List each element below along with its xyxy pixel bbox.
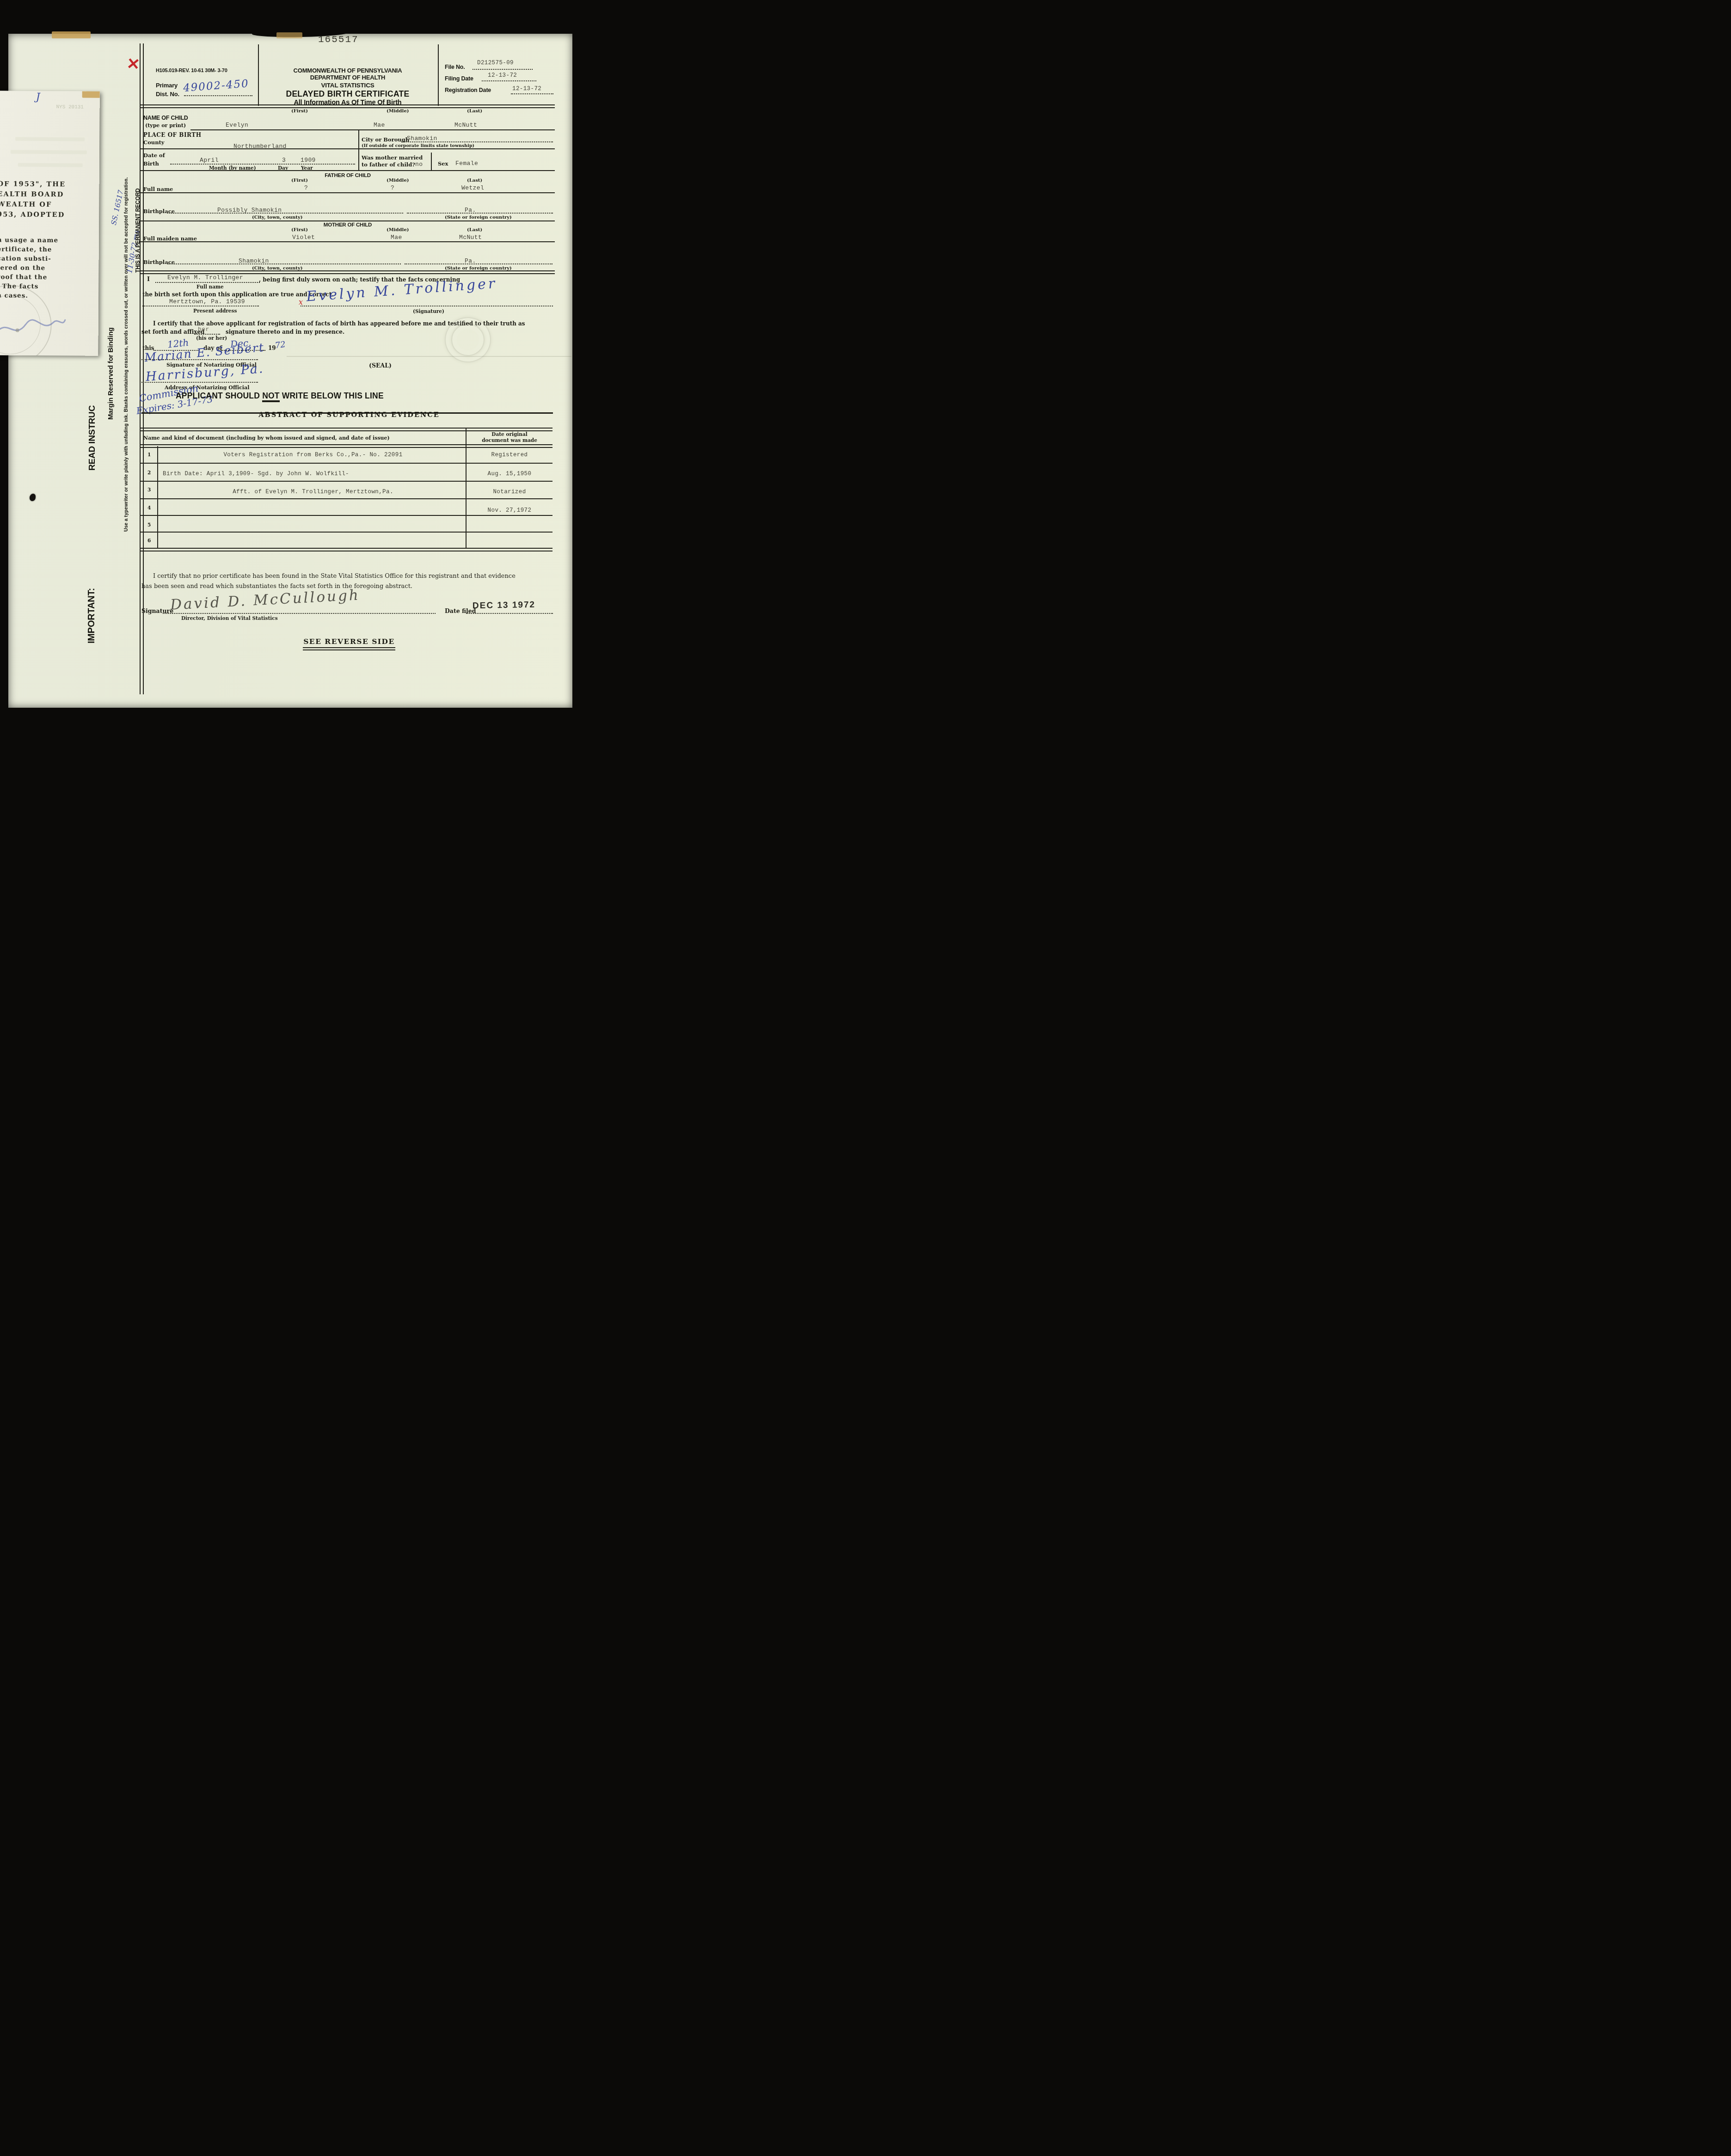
deponent-typed: Evelyn M. Trollinger: [167, 275, 243, 281]
child-middle-name: Mae: [374, 122, 385, 129]
embossed-seal-inner: [451, 324, 485, 356]
row-rule: [140, 463, 552, 464]
overlay-body-line: ertificate, the: [0, 246, 52, 253]
mother-married-answer: no: [415, 161, 423, 168]
file-no-dots: [473, 69, 533, 70]
row-num: 2: [147, 471, 151, 476]
filing-date-label: Filing Date: [445, 76, 473, 82]
mother-birthplace-dots: [167, 263, 401, 264]
signature-dots: [301, 306, 553, 306]
row-date: Registered: [468, 452, 551, 458]
vital-statistics-line: VITAL STATISTICS: [260, 82, 436, 89]
certificate-subtitle: All Information As Of Time Of Birth: [260, 99, 436, 106]
director-label: Director, Division of Vital Statistics: [181, 616, 278, 621]
read-instructions-label: READ INSTRUC: [88, 401, 97, 471]
certificate-title: DELAYED BIRTH CERTIFICATE: [260, 90, 436, 98]
file-no-label: File No.: [445, 64, 465, 70]
date-of-label: Date of: [143, 153, 165, 158]
commonwealth-line: COMMONWEALTH OF PENNSYLVANIA: [260, 67, 436, 74]
see-reverse-underline: [303, 647, 395, 648]
see-reverse-label: SEE REVERSE SIDE: [259, 638, 439, 645]
row-date: Notarized: [468, 489, 551, 495]
overlay-caps-line: 953, ADOPTED: [0, 211, 65, 218]
no-write-line: APPLICANT SHOULD NOT WRITE BELOW THIS LI…: [176, 392, 384, 400]
serial-stamp: 165517: [318, 35, 359, 45]
table-num-divider: [157, 446, 158, 549]
father-name-rule: [140, 192, 555, 193]
row-rule: [140, 498, 552, 499]
middle-col-label: (Middle): [387, 178, 409, 184]
important-label: IMPORTANT:: [87, 579, 97, 643]
overlay-showthrough: [11, 150, 87, 154]
overlay-caps-line: OF 1953", THE: [0, 180, 66, 188]
date-filed-dots: [466, 613, 553, 614]
mother-married-q2: to father of child?: [362, 162, 415, 167]
certification-line2: has been seen and read which substantiat…: [141, 583, 412, 590]
table-header-rule: [140, 444, 552, 448]
tape-piece: [52, 31, 91, 38]
father-section-label: FATHER OF CHILD: [260, 173, 436, 178]
no-write-not: NOT: [262, 391, 280, 402]
father-bp-rule: [140, 220, 555, 221]
permanent-record-label: THIS IS A PERMANENT RECORD: [135, 162, 141, 273]
father-fullname-label: Full name: [143, 186, 173, 192]
birth-month-value: April: [200, 157, 219, 164]
affidavit-line2: the birth set forth upon this applicatio…: [142, 292, 333, 298]
deponent-dots: [155, 282, 260, 283]
margin-reserved-binding-label: Margin Reserved for Binding: [107, 273, 115, 420]
city-borough-value: Shamokin: [407, 135, 437, 142]
mother-maiden-label: Full maiden name: [143, 236, 197, 241]
father-birthplace-dots: [167, 213, 403, 214]
header-divider-1: [258, 44, 259, 106]
mother-middle: Mae: [391, 234, 402, 241]
seal-label: (SEAL): [369, 362, 392, 368]
birth-label: Birth: [143, 161, 159, 166]
father-state-note: (State or foreign country): [445, 215, 512, 220]
his-or-her-note: (his or her): [196, 336, 227, 341]
filing-date-dots: [482, 80, 536, 81]
certification-line1: I certify that no prior certificate has …: [153, 573, 516, 580]
address-typed: Mertztown, Pa. 19539: [169, 299, 245, 305]
row-doc: Afft. of Evelyn M. Trollinger, Mertztown…: [163, 489, 463, 495]
overlay-body-line: roof that the: [0, 274, 47, 281]
overlay-handwritten-mark: J: [36, 92, 40, 103]
director-sig-dots: [163, 613, 436, 614]
row-rule: [140, 515, 552, 516]
overlay-tape: [82, 91, 100, 98]
city-borough-dots: [401, 141, 553, 142]
mother-last: McNutt: [459, 234, 482, 241]
abstract-title: ABSTRACT OF SUPPORTING EVIDENCE: [194, 411, 504, 418]
overlay-paper: J NYS 20131 OF 1953", THE EALTH BOARD WE…: [0, 91, 100, 355]
overlay-body-line: cation substi-: [0, 255, 51, 262]
birth-day-value: 3: [282, 157, 286, 164]
row-num: 3: [147, 488, 151, 493]
header-divider-2: [438, 44, 439, 106]
middle-col-label: (Middle): [387, 109, 409, 114]
scanned-screenshot: 165517 SS. 16517 11-30-72 ms Margin Rese…: [0, 0, 577, 719]
father-last: Wetzel: [461, 185, 484, 191]
row-doc: Birth Date: April 3,1909- Sgd. by John W…: [163, 471, 349, 477]
table-top-rule: [140, 428, 552, 431]
sex-value: Female: [455, 160, 478, 167]
place-row-rule: [140, 148, 555, 149]
child-first-name: Evelyn: [226, 122, 248, 129]
table-date-divider: [466, 428, 467, 549]
mother-bottom-rule: [140, 270, 555, 274]
mother-married-q1: Was mother married: [362, 155, 423, 160]
place-cell-divider: [358, 130, 359, 171]
typewriter-instruction-label: Use a typewriter or write plainly with u…: [124, 98, 129, 532]
notary-addr-dots: [141, 382, 258, 383]
place-of-birth-label: PLACE OF BIRTH: [143, 132, 202, 138]
row-num: 4: [147, 506, 151, 511]
notary-sig-dots: [141, 359, 258, 360]
dist-no-label: Dist. No.: [156, 91, 179, 98]
name-of-child-label: NAME OF CHILD: [143, 115, 188, 121]
see-reverse-underline2: [303, 649, 395, 650]
year-handwritten: 72: [275, 340, 286, 350]
dob-dots: [170, 164, 355, 165]
form-number: H105.019-REV. 10-61 30M- 3-70: [156, 68, 227, 74]
department-line: DEPARTMENT OF HEALTH: [260, 74, 436, 81]
tape-piece: [276, 32, 302, 38]
overlay-showthrough: [18, 163, 83, 167]
table-bottom-rule: [140, 548, 552, 551]
row-doc: Voters Registration from Berks Co.,Pa.- …: [163, 452, 463, 458]
name-row-rule: [190, 129, 555, 130]
file-no-value: D212575-09: [477, 60, 514, 66]
overlay-caps-line: WEALTH OF: [0, 201, 52, 208]
sex-cell-divider: [431, 153, 432, 170]
mother-first: Violet: [292, 234, 315, 241]
overlay-caps-line: EALTH BOARD: [0, 190, 64, 198]
mother-name-rule: [140, 241, 555, 242]
father-state-dots: [407, 213, 553, 214]
present-address-note: Present address: [193, 309, 237, 314]
last-col-label: (Last): [467, 228, 482, 233]
date-filed-stamp: DEC 13 1972: [473, 600, 535, 611]
row-date: Aug. 15,1950: [468, 471, 551, 477]
registration-date-label: Registration Date: [445, 87, 491, 93]
mother-section-label: MOTHER OF CHILD: [260, 222, 436, 228]
last-col-label: (Last): [467, 178, 482, 184]
i-label: I: [147, 276, 150, 283]
overlay-body-line: tered on the: [0, 264, 45, 271]
fold-crease: [287, 356, 571, 357]
mother-state-dots: [405, 263, 552, 264]
her-typed: her: [198, 326, 209, 333]
first-col-label: (First): [291, 228, 308, 233]
dist-no-dots: [184, 95, 252, 96]
no-write-pre: APPLICANT SHOULD: [176, 391, 262, 400]
row-num: 1: [147, 453, 151, 458]
first-col-label: (First): [291, 109, 308, 114]
overlay-faint-number: NYS 20131: [56, 105, 83, 110]
father-middle: ?: [391, 185, 394, 191]
row-rule: [140, 481, 552, 482]
overlay-body-line: n usage a name: [0, 237, 58, 244]
father-city-note: (City, town, county): [252, 215, 303, 220]
row-num: 5: [147, 523, 151, 528]
primary-label: Primary: [156, 82, 178, 89]
table-col2-header-2: document was made: [468, 438, 551, 443]
middle-col-label: (Middle): [387, 228, 409, 233]
table-col1-header: Name and kind of document (including by …: [143, 435, 390, 441]
signature-note: (Signature): [413, 309, 444, 314]
row-date: Nov. 27,1972: [468, 508, 551, 514]
overlay-ink-showthrough: [0, 289, 68, 350]
no-write-post: WRITE BELOW THIS LINE: [280, 391, 384, 400]
type-or-print-label: (type or print): [145, 123, 186, 129]
first-col-label: (First): [291, 178, 308, 184]
her-dots: [194, 334, 220, 335]
row-rule: [140, 532, 552, 533]
row-num: 6: [147, 539, 151, 544]
township-note: (If outside of corporate limits state to…: [362, 144, 474, 148]
sex-label: Sex: [438, 161, 448, 166]
table-col2-header-1: Date original: [468, 432, 551, 437]
red-x-mark: ✕: [126, 56, 141, 73]
address-dots: [142, 306, 259, 306]
child-last-name: McNutt: [454, 122, 477, 129]
overlay-showthrough: [15, 137, 85, 141]
registration-date-dots: [511, 93, 553, 94]
full-name-note: Full name: [196, 285, 224, 290]
certify2b-text: signature thereto and in my presence.: [226, 329, 344, 335]
county-label: County: [143, 140, 165, 145]
last-col-label: (Last): [467, 109, 482, 114]
registration-date-value: 12-13-72: [512, 86, 541, 92]
birth-year-value: 1909: [301, 157, 316, 164]
father-first: ?: [304, 185, 308, 191]
filing-date-value: 12-13-72: [488, 73, 517, 79]
dob-row-rule: [140, 170, 555, 171]
